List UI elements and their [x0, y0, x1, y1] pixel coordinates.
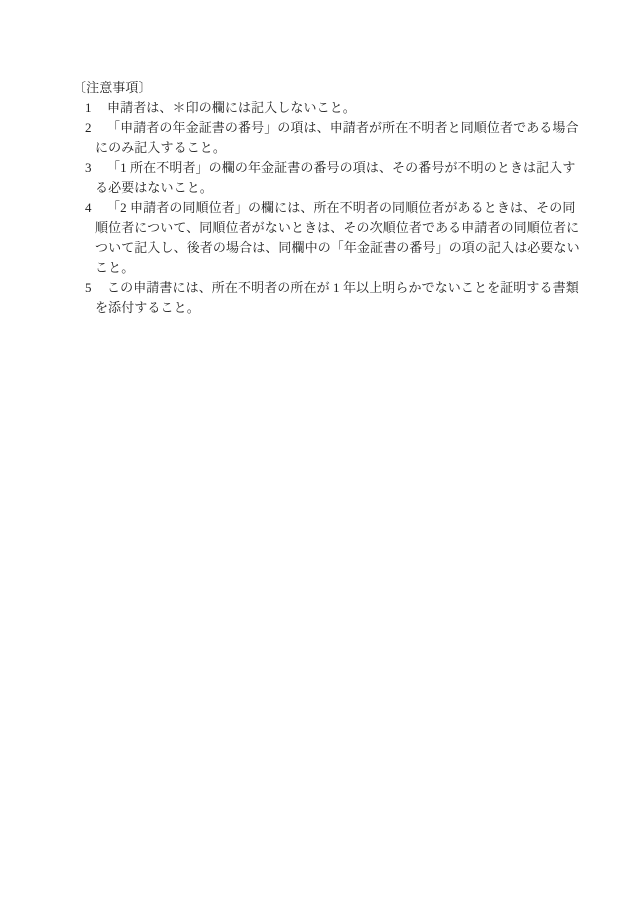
- note-number: 3: [85, 158, 107, 178]
- note-text: 申請者は、＊印の欄には記入しないこと。: [107, 100, 356, 115]
- note-line: 1申請者は、＊印の欄には記入しないこと。: [73, 98, 580, 118]
- note-text: この申請書には、所在不明者の所在が 1 年以上明らかでないことを証明する書類: [107, 280, 579, 295]
- note-line: 順位者について、同順位者がないときは、その次順位者である申請者の同順位者に: [73, 218, 580, 238]
- note-text: 「1 所在不明者」の欄の年金証書の番号の項は、その番号が不明のときは記入す: [107, 160, 575, 175]
- note-number: 5: [85, 278, 107, 298]
- note-item-1: 1申請者は、＊印の欄には記入しないこと。: [73, 98, 580, 118]
- note-item-3: 3「1 所在不明者」の欄の年金証書の番号の項は、その番号が不明のときは記入す る…: [73, 158, 580, 198]
- note-line: 5この申請書には、所在不明者の所在が 1 年以上明らかでないことを証明する書類: [73, 278, 580, 298]
- note-item-2: 2「申請者の年金証書の番号」の項は、申請者が所在不明者と同順位者である場合 にの…: [73, 118, 580, 158]
- note-item-5: 5この申請書には、所在不明者の所在が 1 年以上明らかでないことを証明する書類 …: [73, 278, 580, 318]
- note-line: ついて記入し、後者の場合は、同欄中の「年金証書の番号」の項の記入は必要ない: [73, 238, 580, 258]
- note-text: 「申請者の年金証書の番号」の項は、申請者が所在不明者と同順位者である場合: [107, 120, 579, 135]
- note-line: 3「1 所在不明者」の欄の年金証書の番号の項は、その番号が不明のときは記入す: [73, 158, 580, 178]
- document-page: 〔注意事項〕 1申請者は、＊印の欄には記入しないこと。 2「申請者の年金証書の番…: [0, 0, 630, 903]
- note-item-4: 4「2 申請者の同順位者」の欄には、所在不明者の同順位者があるときは、その同 順…: [73, 198, 580, 278]
- note-number: 2: [85, 118, 107, 138]
- note-line: 2「申請者の年金証書の番号」の項は、申請者が所在不明者と同順位者である場合: [73, 118, 580, 138]
- notes-section: 〔注意事項〕 1申請者は、＊印の欄には記入しないこと。 2「申請者の年金証書の番…: [73, 78, 580, 318]
- note-line: を添付すること。: [73, 298, 580, 318]
- note-text: 「2 申請者の同順位者」の欄には、所在不明者の同順位者があるときは、その同: [107, 200, 575, 215]
- note-line: 4「2 申請者の同順位者」の欄には、所在不明者の同順位者があるときは、その同: [73, 198, 580, 218]
- note-number: 1: [85, 98, 107, 118]
- note-line: こと。: [73, 258, 580, 278]
- note-number: 4: [85, 198, 107, 218]
- notes-heading: 〔注意事項〕: [73, 78, 580, 98]
- note-line: る必要はないこと。: [73, 178, 580, 198]
- note-line: にのみ記入すること。: [73, 138, 580, 158]
